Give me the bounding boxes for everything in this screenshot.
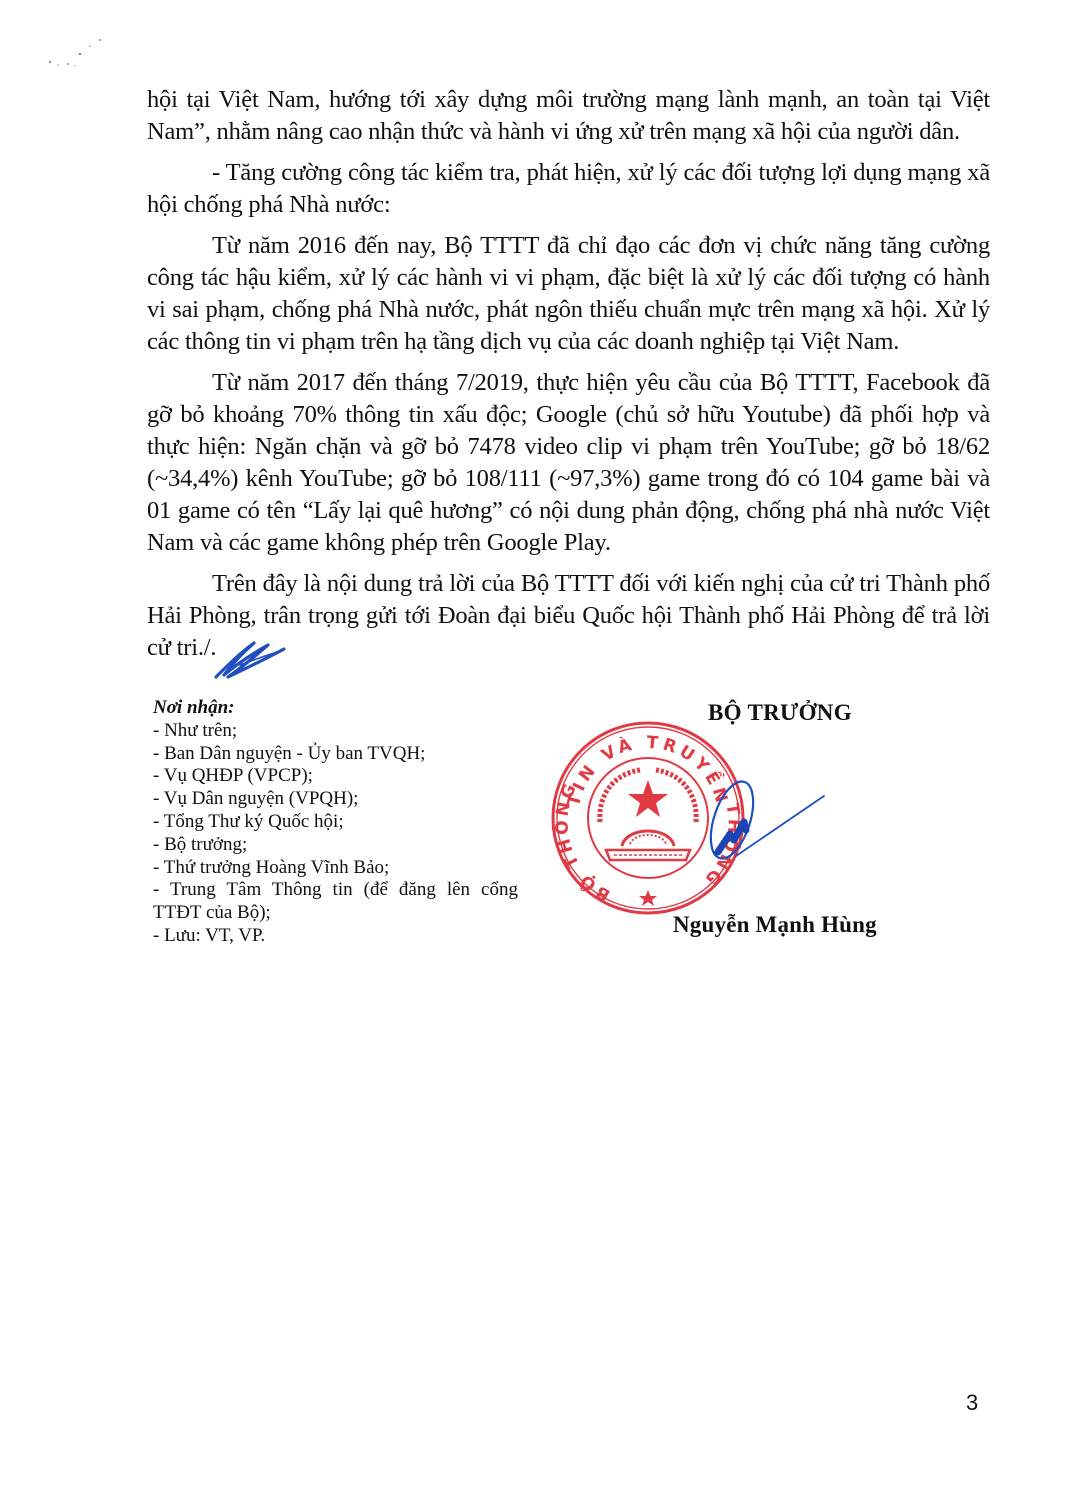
recipient-item: - Tổng Thư ký Quốc hội; (153, 811, 518, 834)
minister-signature-icon (700, 770, 830, 880)
recipients-heading: Nơi nhận: (153, 697, 518, 720)
recipient-item: - Như trên; (153, 720, 518, 743)
recipient-item: - Thứ trưởng Hoàng Vĩnh Bảo; (153, 857, 518, 880)
scan-noise-specks (40, 30, 120, 70)
recipient-item: - Bộ trưởng; (153, 834, 518, 857)
paragraph-inspection-heading: - Tăng cường công tác kiểm tra, phát hiệ… (147, 157, 990, 221)
paragraph-closing: Trên đây là nội dung trả lời của Bộ TTTT… (147, 568, 990, 681)
recipient-item: - Lưu: VT, VP. (153, 925, 518, 948)
paragraph-continuation: hội tại Việt Nam, hướng tới xây dựng môi… (147, 84, 990, 148)
recipient-item: TTĐT của Bộ); (153, 902, 518, 925)
paragraph-2016-actions: Từ năm 2016 đến nay, Bộ TTTT đã chỉ đạo … (147, 230, 990, 358)
letter-body: hội tại Việt Nam, hướng tới xây dựng môi… (147, 84, 990, 681)
signer-name: Nguyễn Mạnh Hùng (673, 912, 877, 938)
recipients-block: Nơi nhận: - Như trên; - Ban Dân nguyện -… (153, 697, 518, 948)
recipient-item: - Vụ Dân nguyện (VPQH); (153, 788, 518, 811)
page-number: 3 (966, 1390, 978, 1416)
paragraph-2017-2019-results: Từ năm 2017 đến tháng 7/2019, thực hiện … (147, 367, 990, 559)
initial-signature-icon (210, 635, 288, 681)
recipient-item: - Trung Tâm Thông tin (để đăng lên cổng (153, 879, 518, 902)
recipient-item: - Vụ QHĐP (VPCP); (153, 765, 518, 788)
recipient-item: - Ban Dân nguyện - Ủy ban TVQH; (153, 743, 518, 766)
